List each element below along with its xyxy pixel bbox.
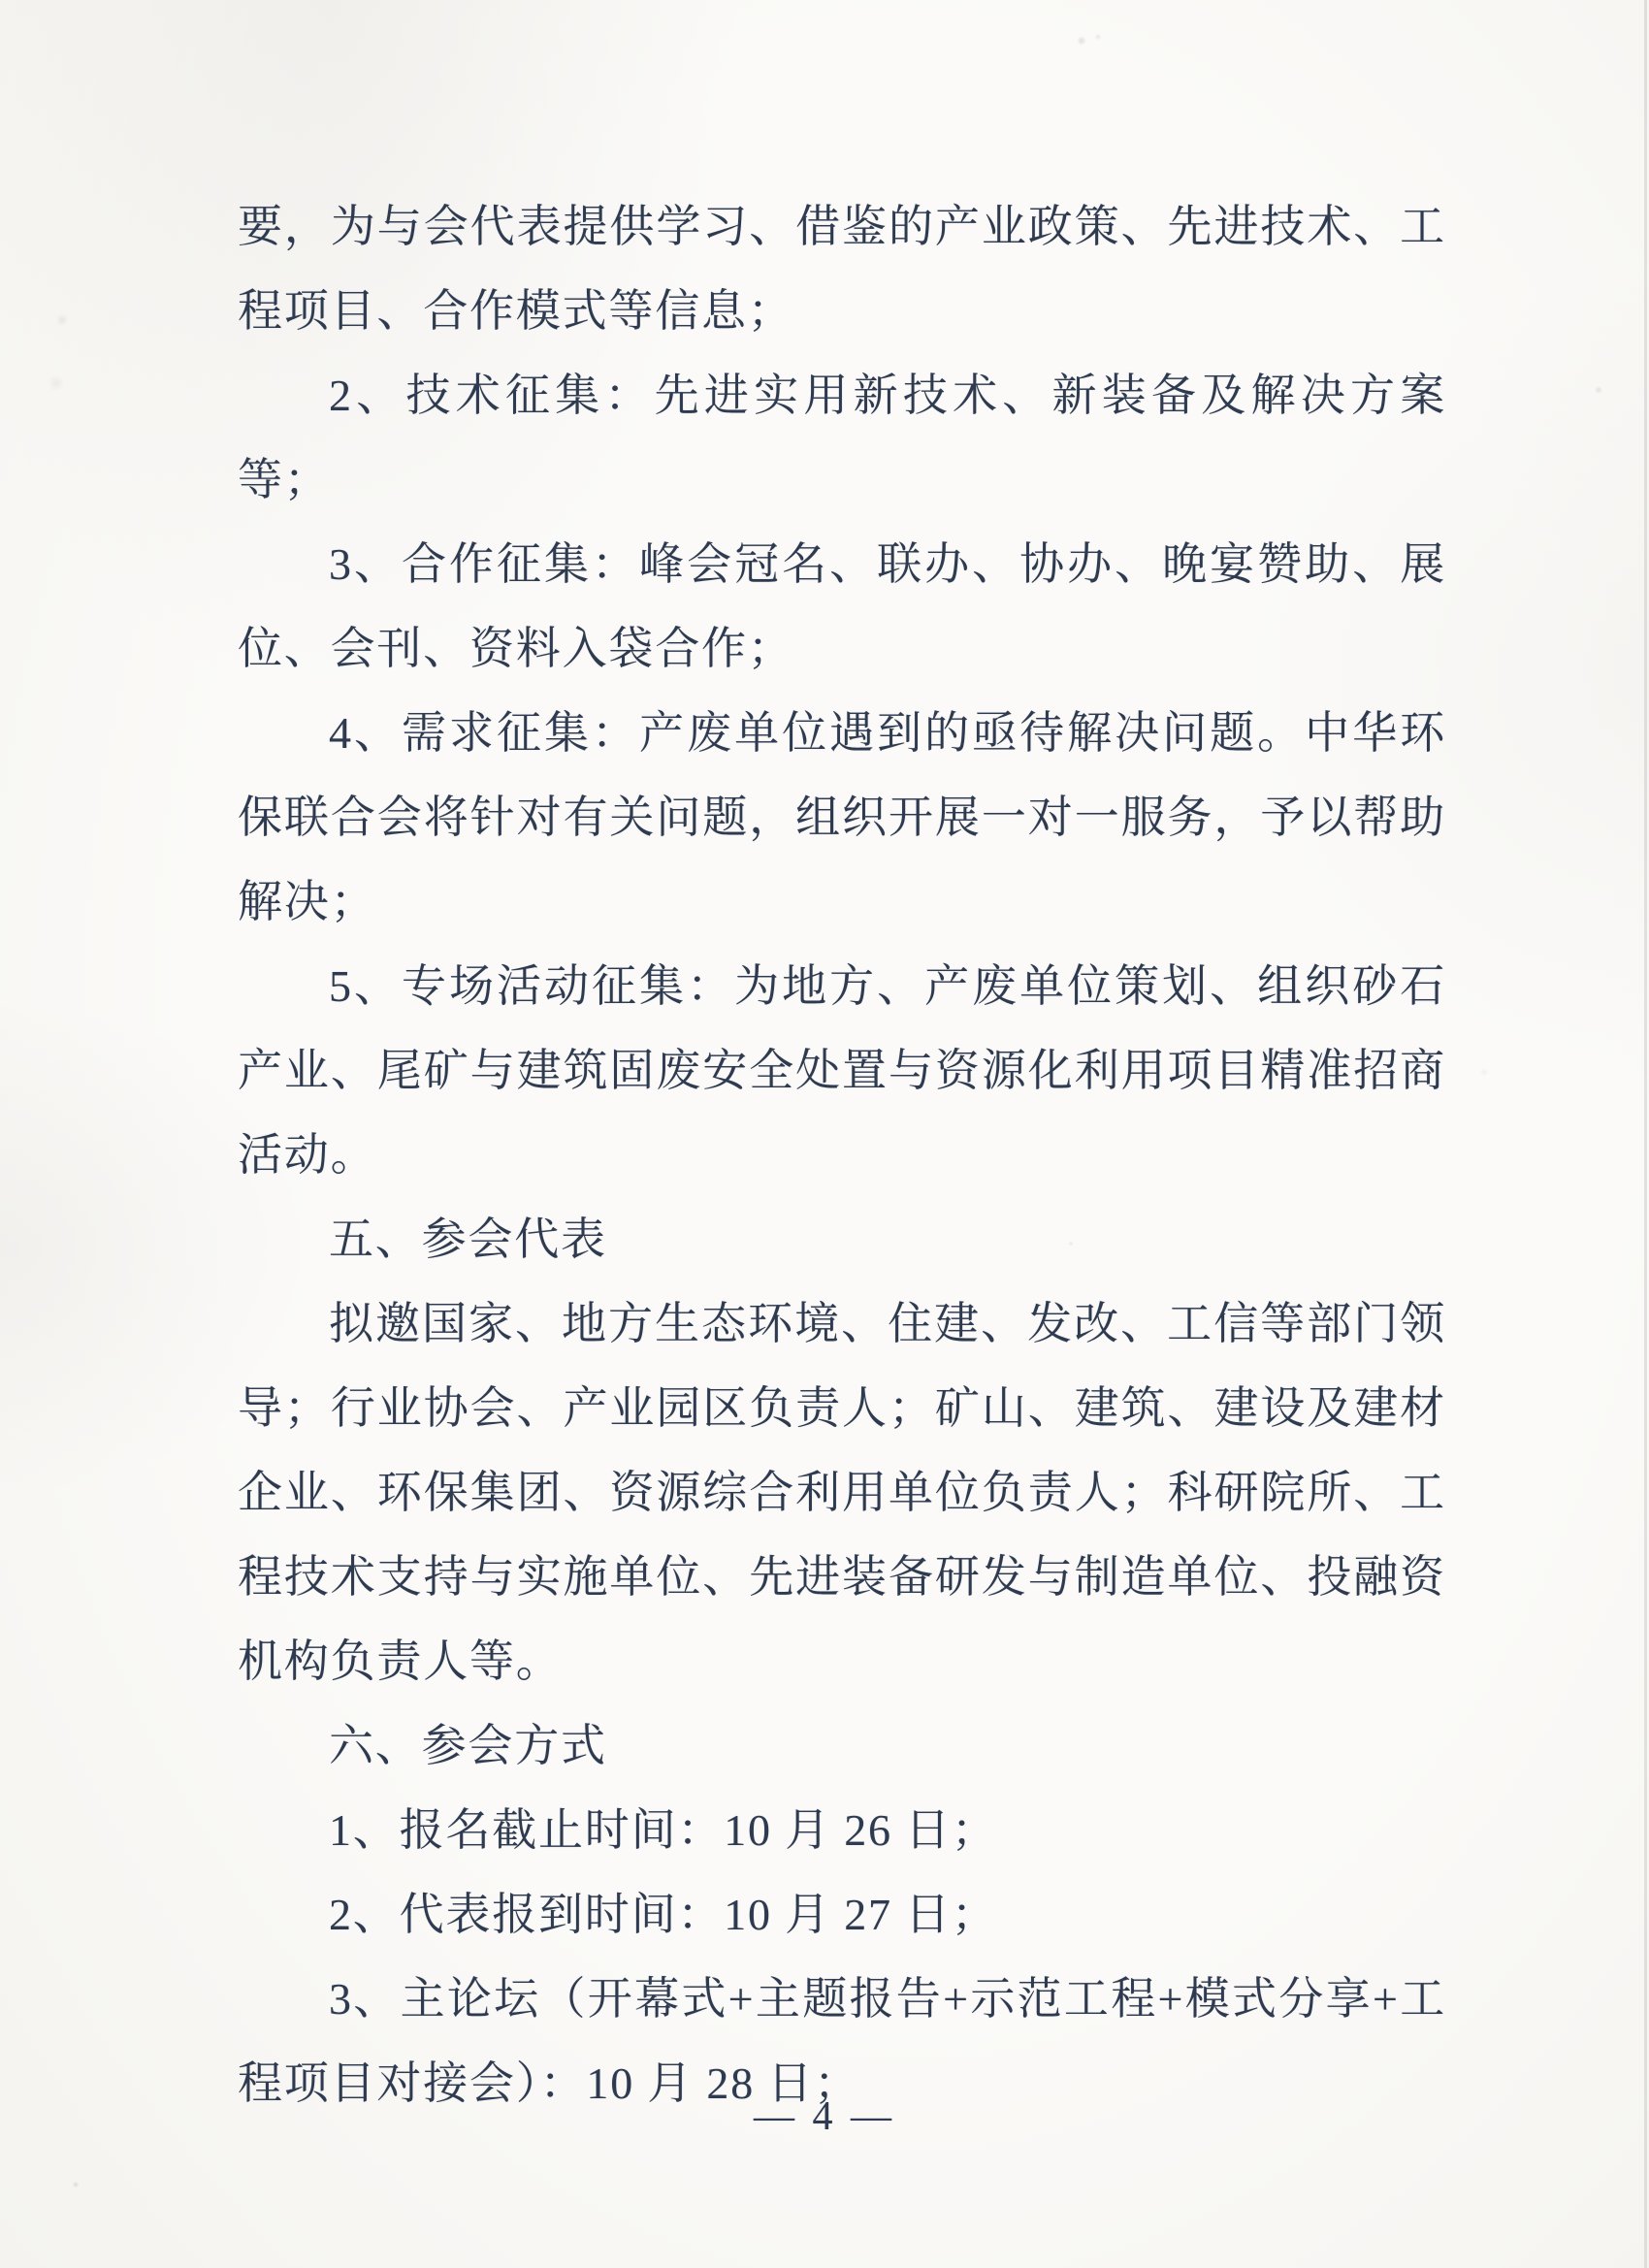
- paragraph-line: 1、报名截止时间：10 月 26 日；: [238, 1788, 1446, 1872]
- paragraph-line: 拟邀国家、地方生态环境、住建、发改、工信等部门领导；行业协会、产业园区负责人；矿…: [238, 1281, 1446, 1703]
- scan-edge-line: [1644, 0, 1647, 2268]
- paragraph-line: 2、技术征集：先进实用新技术、新装备及解决方案等；: [238, 353, 1446, 522]
- section-heading: 六、参会方式: [238, 1703, 1446, 1788]
- paragraph-line: 要，为与会代表提供学习、借鉴的产业政策、先进技术、工程项目、合作模式等信息；: [238, 184, 1446, 353]
- paragraph-line: 4、需求征集：产废单位遇到的亟待解决问题。中华环保联合会将针对有关问题，组织开展…: [238, 691, 1446, 944]
- page-number: — 4 —: [0, 2093, 1649, 2140]
- section-heading: 五、参会代表: [238, 1197, 1446, 1281]
- document-body: 要，为与会代表提供学习、借鉴的产业政策、先进技术、工程项目、合作模式等信息；2、…: [238, 184, 1446, 2125]
- paragraph-line: 3、合作征集：峰会冠名、联办、协办、晚宴赞助、展位、会刊、资料入袋合作；: [238, 522, 1446, 691]
- paragraph-line: 5、专场活动征集：为地方、产废单位策划、组织砂石产业、尾矿与建筑固废安全处置与资…: [238, 944, 1446, 1197]
- paragraph-line: 2、代表报到时间：10 月 27 日；: [238, 1872, 1446, 1957]
